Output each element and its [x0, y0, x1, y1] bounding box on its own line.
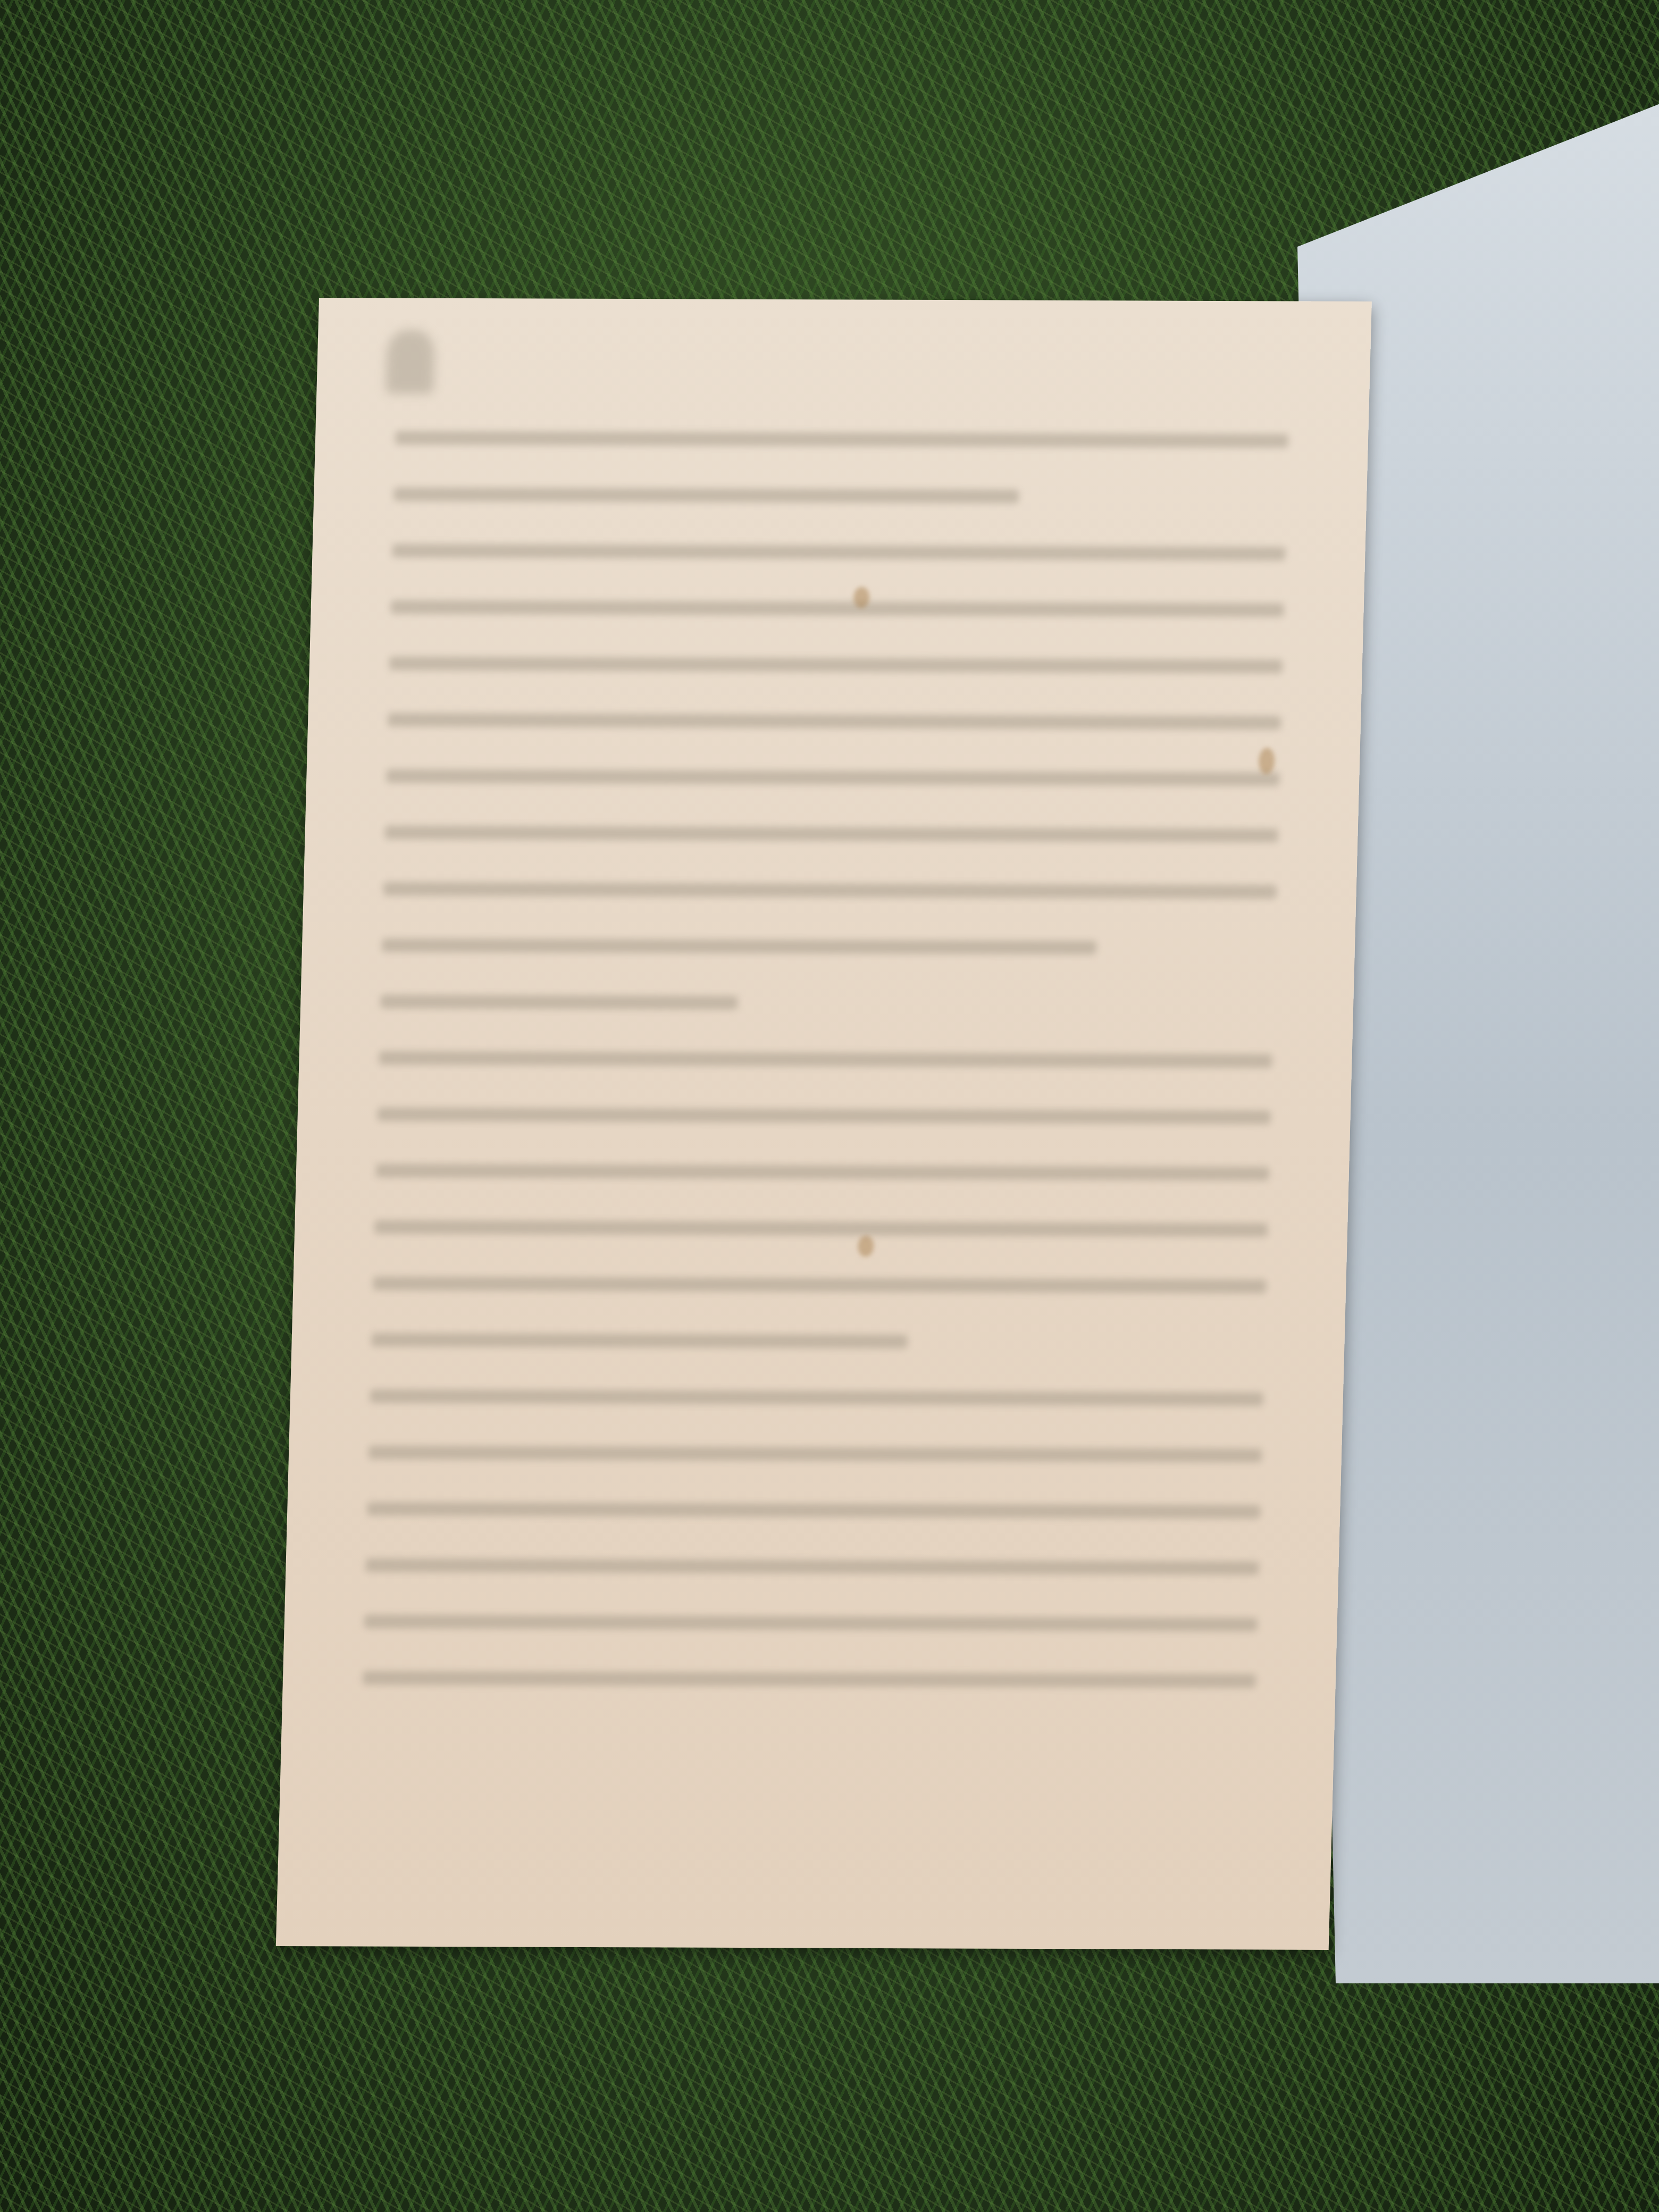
book-page [276, 298, 1372, 1950]
emblem-bleedthrough [386, 330, 435, 393]
bleedthrough-text [363, 431, 1288, 1684]
